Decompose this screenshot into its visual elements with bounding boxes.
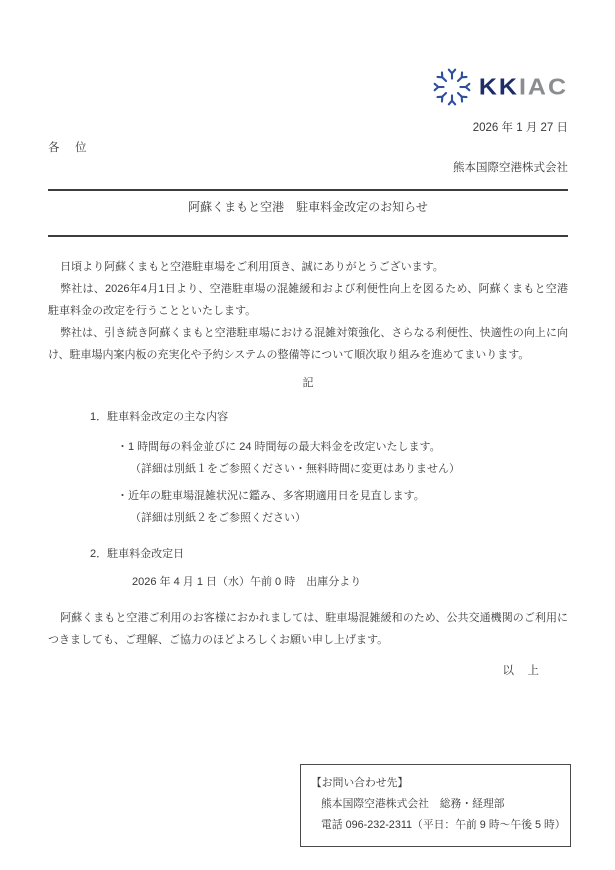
section-1-item-2: ・近年の駐車場混雑状況に鑑み、多客期適用日を見直します。 [117, 485, 568, 507]
section-2-heading: 2．駐車料金改定日 [90, 543, 568, 565]
kkiac-emblem-icon [432, 67, 472, 107]
document-date: 2026 年 1 月 27 日 [48, 120, 568, 136]
logo-text-iac: IAC [519, 74, 568, 100]
contact-department: 熊本国際空港株式会社 総務・経理部 [311, 794, 562, 815]
section-2-effective-date: 2026 年 4 月 1 日（水）午前 0 時 出庫分より [132, 571, 568, 593]
contact-phone: 電話 096-232-2311（平日：午前 9 時～午後 5 時） [311, 815, 562, 836]
section-1-heading: 1．駐車料金改定の主な内容 [90, 406, 568, 428]
contact-box: 【お問い合わせ先】 熊本国際空港株式会社 総務・経理部 電話 096-232-2… [300, 764, 571, 847]
sign-off: 以 上 [48, 662, 540, 680]
body-paragraphs: 日頃より阿蘇くまもと空港駐車場をご利用頂き、誠にありがとうございます。 弊社は、… [48, 256, 568, 366]
document-title: 阿蘇くまもと空港 駐車料金改定のお知らせ [48, 191, 568, 222]
closing-paragraph: 阿蘇くまもと空港ご利用のお客様におかれましては、駐車場混雑緩和のため、公共交通機… [48, 607, 568, 651]
section-1-item-1-note: （詳細は別紙１をご参照ください・無料時間に変更はありません） [130, 458, 568, 480]
recipient-line: 各 位 [48, 140, 568, 156]
ki-marker: 記 [48, 372, 568, 394]
logo-text-kk: KK [479, 74, 519, 100]
document-page: KKIAC 2026 年 1 月 27 日 各 位 熊本国際空港株式会社 阿蘇く… [0, 0, 615, 870]
paragraph-greeting: 日頃より阿蘇くまもと空港駐車場をご利用頂き、誠にありがとうございます。 [48, 256, 568, 278]
section-1-item-1: ・1 時間毎の料金並びに 24 時間毎の最大料金を改定いたします。 [117, 436, 568, 458]
company-logo: KKIAC [48, 64, 568, 110]
contact-title: 【お問い合わせ先】 [311, 773, 562, 794]
paragraph-future-measures: 弊社は、引き続き阿蘇くまもと空港駐車場における混雑対策強化、さらなる利便性、快適… [48, 322, 568, 366]
title-divider-bottom [48, 235, 568, 237]
paragraph-revision-notice: 弊社は、2026年4月1日より、空港駐車場の混雑緩和および利便性向上を図るため、… [48, 278, 568, 322]
issuer-company: 熊本国際空港株式会社 [48, 160, 568, 176]
section-1-item-2-note: （詳細は別紙２をご参照ください） [130, 507, 568, 529]
logo-wordmark: KKIAC [479, 76, 568, 99]
